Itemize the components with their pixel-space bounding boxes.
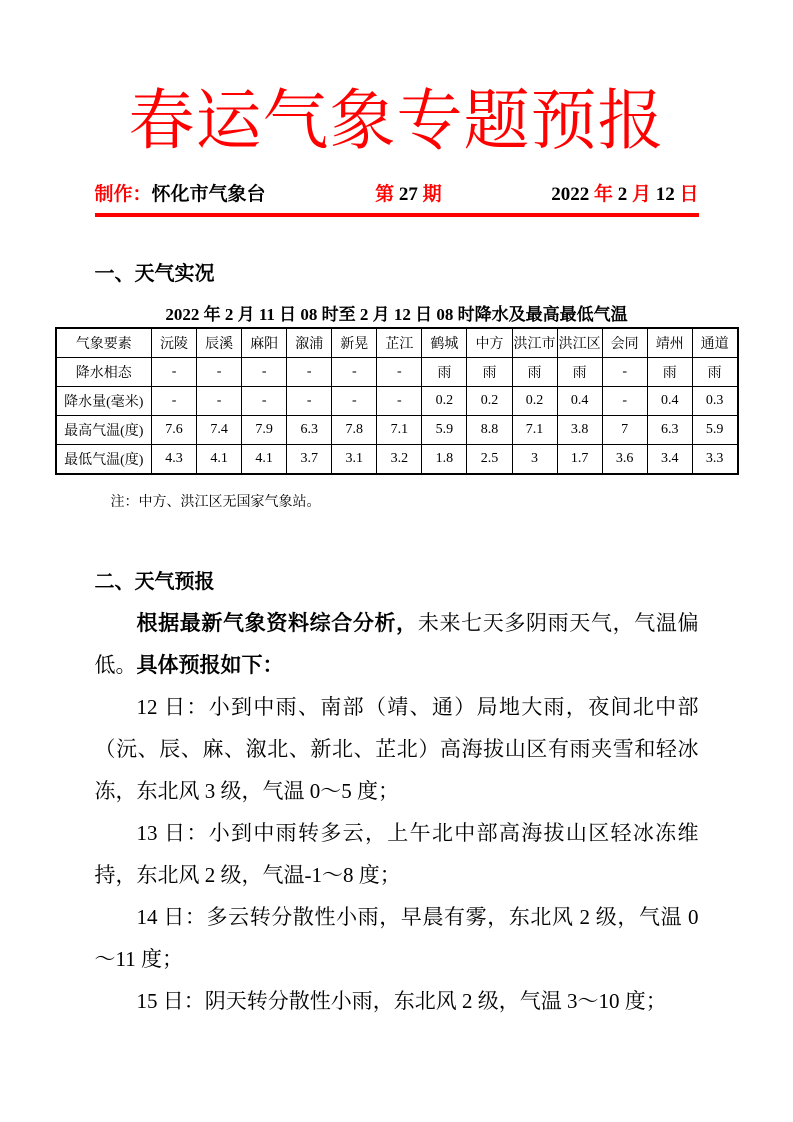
weather-table-caption: 2022 年 2 月 11 日 08 时至 2 月 12 日 08 时降水及最高… bbox=[0, 300, 793, 325]
table-cell: - bbox=[152, 357, 197, 386]
issue-suffix: 期 bbox=[418, 184, 442, 205]
table-cell: - bbox=[242, 386, 287, 415]
table-cell: 0.2 bbox=[422, 386, 467, 415]
table-cell: 7.1 bbox=[512, 415, 557, 444]
forecast-day-12: 12 日：小到中雨、南部（靖、通）局地大雨，夜间北中部（沅、辰、麻、溆北、新北、… bbox=[95, 686, 699, 812]
table-cell: - bbox=[602, 357, 647, 386]
table-cell: - bbox=[287, 357, 332, 386]
intro-bold-lead: 根据最新气象资料综合分析， bbox=[137, 611, 418, 635]
row-label: 降水量(毫米) bbox=[56, 386, 152, 415]
table-cell: 雨 bbox=[557, 357, 602, 386]
table-cell: 3.7 bbox=[287, 444, 332, 474]
table-cell: - bbox=[197, 386, 242, 415]
table-cell: 4.1 bbox=[197, 444, 242, 474]
forecast-intro: 根据最新气象资料综合分析，未来七天多阴雨天气，气温偏低。具体预报如下： bbox=[95, 602, 699, 686]
table-cell: 3.8 bbox=[557, 415, 602, 444]
header-meta: 制作：怀化市气象台 第 27 期 2022 年 2 月 12 日 bbox=[95, 179, 699, 206]
table-header-row: 气象要素沅陵辰溪麻阳溆浦新晃芷江鹤城中方洪江市洪江区会同靖州通道 bbox=[56, 328, 738, 358]
table-cell: 雨 bbox=[467, 357, 512, 386]
table-cell: 3.2 bbox=[377, 444, 422, 474]
column-header-station: 辰溪 bbox=[197, 328, 242, 358]
table-cell: 5.9 bbox=[422, 415, 467, 444]
table-cell: 6.3 bbox=[647, 415, 692, 444]
date-year-unit: 年 bbox=[589, 184, 618, 205]
table-cell: 7.1 bbox=[377, 415, 422, 444]
producer-label: 制作： bbox=[95, 184, 152, 205]
table-row: 降水相态------雨雨雨雨-雨雨 bbox=[56, 357, 738, 386]
column-header-station: 溆浦 bbox=[287, 328, 332, 358]
table-cell: 3.6 bbox=[602, 444, 647, 474]
table-cell: 7.8 bbox=[332, 415, 377, 444]
table-cell: - bbox=[287, 386, 332, 415]
table-cell: 5.9 bbox=[692, 415, 737, 444]
table-cell: 3.3 bbox=[692, 444, 737, 474]
forecast-day-14: 14 日：多云转分散性小雨，早晨有雾，东北风 2 级，气温 0～11 度； bbox=[95, 896, 699, 980]
table-cell: 0.3 bbox=[692, 386, 737, 415]
table-cell: 4.3 bbox=[152, 444, 197, 474]
table-cell: 0.4 bbox=[647, 386, 692, 415]
table-cell: 0.4 bbox=[557, 386, 602, 415]
column-header-station: 通道 bbox=[692, 328, 737, 358]
column-header-station: 麻阳 bbox=[242, 328, 287, 358]
forecast-day-13: 13 日：小到中雨转多云，上午北中部高海拔山区轻冰冻维持，东北风 2 级，气温-… bbox=[95, 812, 699, 896]
table-cell: 3 bbox=[512, 444, 557, 474]
table-row: 最高气温(度)7.67.47.96.37.87.15.98.87.13.876.… bbox=[56, 415, 738, 444]
table-cell: - bbox=[377, 357, 422, 386]
table-cell: 4.1 bbox=[242, 444, 287, 474]
weather-observation-table: 气象要素沅陵辰溪麻阳溆浦新晃芷江鹤城中方洪江市洪江区会同靖州通道 降水相态---… bbox=[55, 327, 739, 475]
row-label: 最低气温(度) bbox=[56, 444, 152, 474]
column-header-station: 洪江市 bbox=[512, 328, 557, 358]
column-header-station: 芷江 bbox=[377, 328, 422, 358]
table-cell: 2.5 bbox=[467, 444, 512, 474]
table-cell: - bbox=[197, 357, 242, 386]
issue-date: 2022 年 2 月 12 日 bbox=[551, 179, 698, 206]
table-cell: 1.8 bbox=[422, 444, 467, 474]
table-cell: 8.8 bbox=[467, 415, 512, 444]
table-cell: 1.7 bbox=[557, 444, 602, 474]
header-divider bbox=[95, 213, 699, 217]
table-cell: 6.3 bbox=[287, 415, 332, 444]
table-cell: 3.1 bbox=[332, 444, 377, 474]
table-cell: 7.4 bbox=[197, 415, 242, 444]
table-cell: - bbox=[377, 386, 422, 415]
column-header-station: 中方 bbox=[467, 328, 512, 358]
issue-number: 第 27 期 bbox=[375, 179, 442, 206]
column-header-station: 鹤城 bbox=[422, 328, 467, 358]
column-header-station: 新晃 bbox=[332, 328, 377, 358]
date-month-unit: 月 bbox=[627, 184, 656, 205]
date-day-unit: 日 bbox=[675, 184, 699, 205]
table-cell: - bbox=[602, 386, 647, 415]
issue-prefix: 第 bbox=[375, 184, 399, 205]
document-page: 春运气象专题预报 制作：怀化市气象台 第 27 期 2022 年 2 月 12 … bbox=[0, 0, 793, 1122]
section-heading-actual-weather: 一、天气实况 bbox=[95, 257, 699, 286]
column-header-station: 洪江区 bbox=[557, 328, 602, 358]
table-cell: - bbox=[242, 357, 287, 386]
issue-value: 27 bbox=[399, 184, 418, 205]
table-cell: 7 bbox=[602, 415, 647, 444]
producer-value: 怀化市气象台 bbox=[152, 184, 266, 205]
table-cell: - bbox=[332, 357, 377, 386]
table-cell: 雨 bbox=[692, 357, 737, 386]
producer: 制作：怀化市气象台 bbox=[95, 179, 266, 206]
table-cell: 7.6 bbox=[152, 415, 197, 444]
column-header-station: 沅陵 bbox=[152, 328, 197, 358]
column-header-station: 会同 bbox=[602, 328, 647, 358]
table-cell: 0.2 bbox=[512, 386, 557, 415]
section-heading-forecast: 二、天气预报 bbox=[95, 565, 699, 594]
forecast-body: 根据最新气象资料综合分析，未来七天多阴雨天气，气温偏低。具体预报如下： 12 日… bbox=[95, 602, 699, 1022]
table-cell: 3.4 bbox=[647, 444, 692, 474]
document-title: 春运气象专题预报 bbox=[0, 86, 793, 159]
table-cell: 雨 bbox=[422, 357, 467, 386]
column-header-station: 靖州 bbox=[647, 328, 692, 358]
table-cell: 0.2 bbox=[467, 386, 512, 415]
date-month: 2 bbox=[618, 184, 628, 205]
table-cell: 雨 bbox=[647, 357, 692, 386]
table-row: 降水量(毫米)------0.20.20.20.4-0.40.3 bbox=[56, 386, 738, 415]
table-cell: 雨 bbox=[512, 357, 557, 386]
table-footnote: 注：中方、洪江区无国家气象站。 bbox=[87, 491, 707, 511]
row-label: 降水相态 bbox=[56, 357, 152, 386]
table-body: 降水相态------雨雨雨雨-雨雨降水量(毫米)------0.20.20.20… bbox=[56, 357, 738, 474]
column-header-element: 气象要素 bbox=[56, 328, 152, 358]
table-cell: 7.9 bbox=[242, 415, 287, 444]
forecast-day-15: 15 日：阴天转分散性小雨，东北风 2 级，气温 3～10 度； bbox=[95, 980, 699, 1022]
row-label: 最高气温(度) bbox=[56, 415, 152, 444]
table-row: 最低气温(度)4.34.14.13.73.13.21.82.531.73.63.… bbox=[56, 444, 738, 474]
table-cell: - bbox=[152, 386, 197, 415]
table-cell: - bbox=[332, 386, 377, 415]
date-year: 2022 bbox=[551, 184, 589, 205]
date-day: 12 bbox=[656, 184, 675, 205]
intro-bold-tail: 具体预报如下： bbox=[137, 653, 284, 677]
